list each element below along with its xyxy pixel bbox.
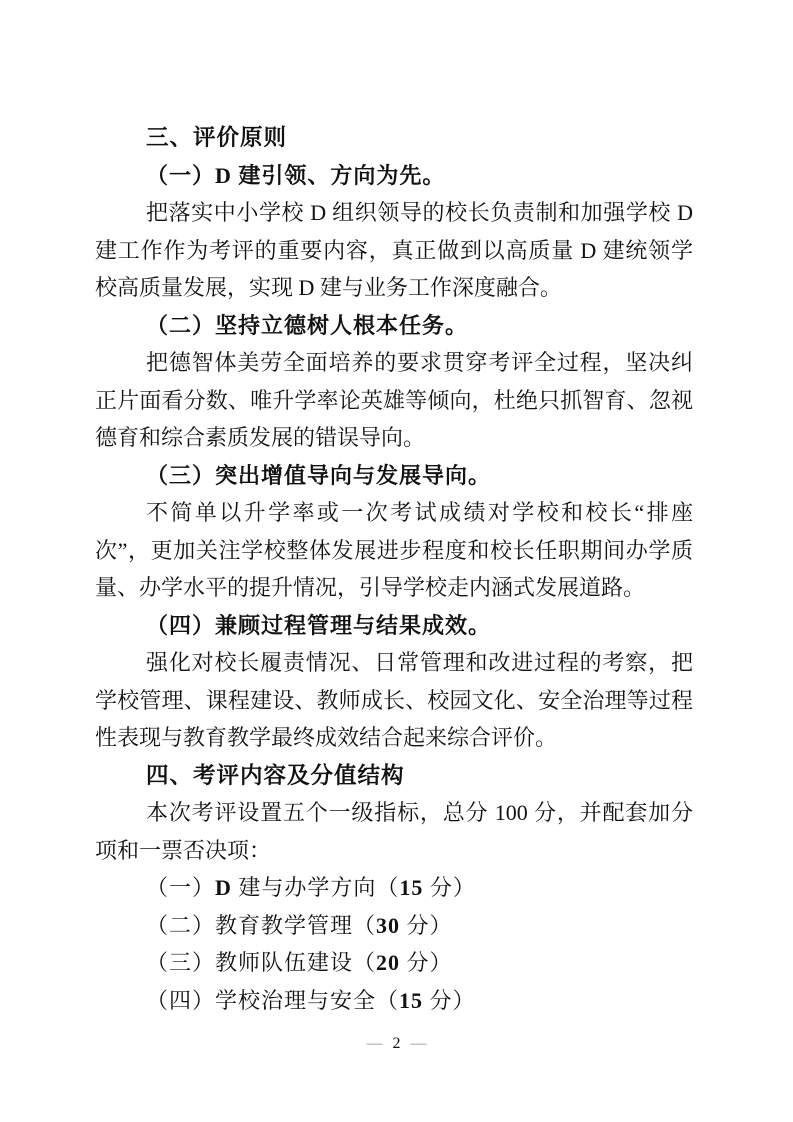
- indicator-1-suffix: 分）: [423, 875, 476, 900]
- body-paragraph-3-4: 强化对校长履责情况、日常管理和改进过程的考察，把学校管理、课程建设、教师成长、校…: [95, 644, 693, 757]
- indicator-2-title: （二）教育教学管理（: [146, 913, 376, 938]
- indicator-1-prefix: （一）: [146, 875, 215, 900]
- indicator-1-score: 15: [399, 875, 423, 900]
- footer-dash-left: —: [365, 1035, 385, 1052]
- subsection-3-1-title: 建引领、方向为先。: [232, 163, 446, 188]
- subsection-3-1-heading: （一）D 建引领、方向为先。: [95, 157, 693, 195]
- indicator-3-score: 20: [376, 950, 400, 975]
- indicator-2-suffix: 分）: [400, 913, 453, 938]
- indicator-item-4: （四）学校治理与安全（15 分）: [95, 982, 693, 1020]
- indicator-1-latin-d: D: [215, 875, 232, 900]
- indicator-1-title: 建与办学方向（: [232, 875, 400, 900]
- section-3-heading: 三、评价原则: [95, 119, 693, 157]
- document-page: 三、评价原则 （一）D 建引领、方向为先。 把落实中小学校 D 组织领导的校长负…: [0, 0, 793, 1122]
- footer-dash-right: —: [409, 1035, 429, 1052]
- subsection-3-2-heading: （二）坚持立德树人根本任务。: [95, 307, 693, 345]
- indicator-3-title: （三）教师队伍建设（: [146, 950, 376, 975]
- subsection-3-1-latin-d: D: [215, 163, 232, 188]
- page-footer: —2—: [0, 1033, 793, 1055]
- subsection-3-3-heading: （三）突出增值导向与发展导向。: [95, 457, 693, 495]
- indicator-4-title: （四）学校治理与安全（: [146, 988, 399, 1013]
- section-4-intro-paragraph: 本次考评设置五个一级指标，总分 100 分，并配套加分项和一票否决项：: [95, 794, 693, 869]
- indicator-item-1: （一）D 建与办学方向（15 分）: [95, 869, 693, 907]
- indicator-item-3: （三）教师队伍建设（20 分）: [95, 944, 693, 982]
- document-body: 三、评价原则 （一）D 建引领、方向为先。 把落实中小学校 D 组织领导的校长负…: [95, 119, 693, 1019]
- indicator-item-2: （二）教育教学管理（30 分）: [95, 907, 693, 945]
- indicator-2-score: 30: [376, 913, 400, 938]
- subsection-3-4-heading: （四）兼顾过程管理与结果成效。: [95, 607, 693, 645]
- body-paragraph-3-2: 把德智体美劳全面培养的要求贯穿考评全过程，坚决纠正片面看分数、唯升学率论英雄等倾…: [95, 344, 693, 457]
- indicator-3-suffix: 分）: [400, 950, 453, 975]
- subsection-3-1-prefix: （一）: [146, 163, 215, 188]
- body-paragraph-3-1: 把落实中小学校 D 组织领导的校长负责制和加强学校 D 建工作作为考评的重要内容…: [95, 194, 693, 307]
- indicator-4-score: 15: [399, 988, 423, 1013]
- page-number: 2: [385, 1035, 409, 1052]
- body-paragraph-3-3: 不简单以升学率或一次考试成绩对学校和校长“排座次”，更加关注学校整体发展进步程度…: [95, 494, 693, 607]
- indicator-4-suffix: 分）: [423, 988, 476, 1013]
- section-4-heading: 四、考评内容及分值结构: [95, 757, 693, 795]
